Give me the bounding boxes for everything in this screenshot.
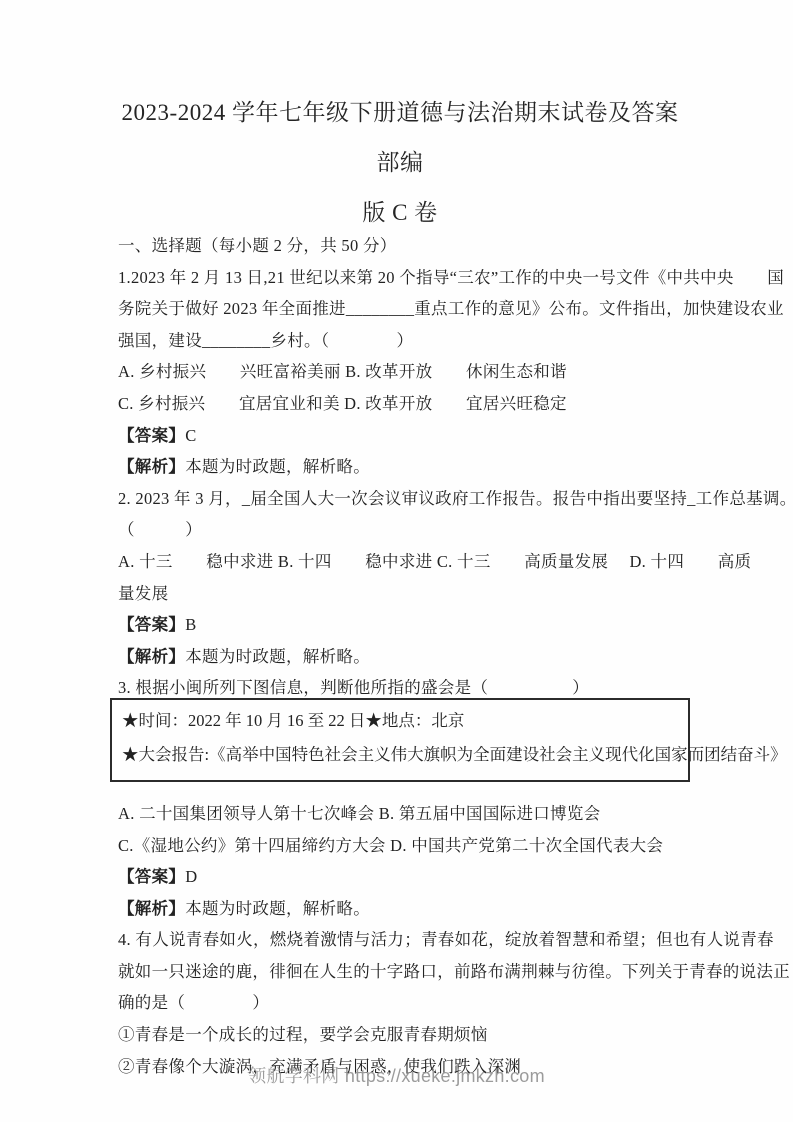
analysis-label: 【解析】 [118,899,185,918]
question-3-options-line-1: A. 二十国集团领导人第十七次峰会 B. 第五届中国国际进口博览会 [118,798,682,830]
question-3-answer-line: 【答案】D [118,861,682,893]
exam-paper-page: 2023-2024 学年七年级下册道德与法治期末试卷及答案部编 版 C 卷 一、… [0,0,793,1122]
analysis-text: 本题为时政题，解析略。 [185,457,370,476]
question-4-statement-1: ①青春是一个成长的过程，要学会克服青春期烦恼 [118,1019,682,1051]
analysis-text: 本题为时政题，解析略。 [185,647,370,666]
analysis-label: 【解析】 [118,647,185,666]
answer-label: 【答案】 [118,426,185,445]
question-2-stem-line-1: 2. 2023 年 3 月，_届全国人大一次会议审议政府工作报告。报告中指出要坚… [118,483,682,515]
question-1-options-line-2: C. 乡村振兴 宜居宜业和美 D. 改革开放 宜居兴旺稳定 [118,388,682,420]
question-1-stem-line-1: 1.2023 年 2 月 13 日,21 世纪以来第 20 个指导“三农”工作的… [118,262,682,294]
analysis-label: 【解析】 [118,457,185,476]
answer-value: B [185,615,196,634]
question-4-stem-line-3: 确的是（ ） [118,987,682,1019]
document-content: 2023-2024 学年七年级下册道德与法治期末试卷及答案部编 版 C 卷 一、… [118,0,682,1082]
answer-value: C [185,426,196,445]
page-title: 2023-2024 学年七年级下册道德与法治期末试卷及答案部编 版 C 卷 [118,88,682,238]
question-2-options-line-1: A. 十三 稳中求进 B. 十四 稳中求进 C. 十三 高质量发展 D. 十四 … [118,546,682,578]
answer-label: 【答案】 [118,615,185,634]
question-2-answer-line: 【答案】B [118,609,682,641]
question-2-options-line-2: 量发展 [118,578,682,610]
page-title-line-1: 2023-2024 学年七年级下册道德与法治期末试卷及答案部编 [118,88,682,188]
question-2-analysis-line: 【解析】本题为时政题，解析略。 [118,641,682,673]
question-2-stem-line-2: （ ） [118,514,682,546]
question-1-answer-line: 【答案】C [118,420,682,452]
question-1-analysis-line: 【解析】本题为时政题，解析略。 [118,451,682,483]
question-3-info-box: ★时间：2022 年 10 月 16 至 22 日★地点：北京 ★大会报告:《高… [110,698,690,782]
question-4-stem-line-1: 4. 有人说青春如火，燃烧着激情与活力；青春如花，绽放着智慧和希望；但也有人说青… [118,924,682,956]
question-3-analysis-line: 【解析】本题为时政题，解析略。 [118,893,682,925]
question-1-stem-line-2: 务院关于做好 2023 年全面推进________重点工作的意见》公布。文件指出… [118,293,682,325]
question-1-options-line-1: A. 乡村振兴 兴旺富裕美丽 B. 改革开放 休闲生态和谐 [118,356,682,388]
info-box-line-2: ★大会报告:《高举中国特色社会主义伟大旗帜为全面建设社会主义现代化国家而团结奋斗… [122,738,678,772]
info-box-line-1: ★时间：2022 年 10 月 16 至 22 日★地点：北京 [122,704,678,738]
question-1-stem-line-3: 强国，建设________乡村。（ ） [118,325,682,357]
answer-label: 【答案】 [118,867,185,886]
answer-value: D [185,867,197,886]
site-watermark: 领航学科网 https://xueke.jmkzh.com [0,1064,793,1088]
question-4-stem-line-2: 就如一只迷途的鹿，徘徊在人生的十字路口，前路布满荆棘与彷徨。下列关于青春的说法正 [118,956,682,988]
analysis-text: 本题为时政题，解析略。 [185,899,370,918]
question-3-options-line-2: C.《湿地公约》第十四届缔约方大会 D. 中国共产党第二十次全国代表大会 [118,830,682,862]
